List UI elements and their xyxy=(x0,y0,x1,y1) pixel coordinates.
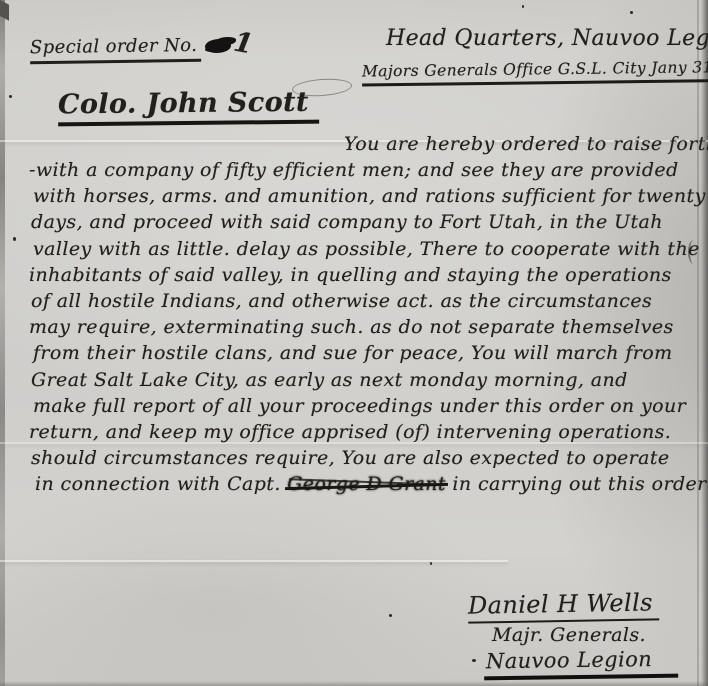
ink-speck xyxy=(522,5,524,8)
body-line: valley with as little. delay as possible… xyxy=(29,238,699,264)
ink-speck xyxy=(630,11,633,14)
body-line: return, and keep my office apprised (of)… xyxy=(29,421,699,447)
body-line: with horses, arms. and amunition, and ra… xyxy=(29,185,699,211)
ink-speck xyxy=(389,614,392,617)
body-line: may require, exterminating such. as do n… xyxy=(29,316,699,342)
ink-blot xyxy=(205,39,231,53)
order-number-line: Special order No.1 xyxy=(30,28,253,63)
letterhead-line1: Head Quarters, Nauvoo Legion xyxy=(386,26,708,51)
body-line: should circumstances require, You are al… xyxy=(29,447,699,473)
body-line: inhabitants of said valley, in quelling … xyxy=(29,264,699,290)
body-line: from their hostile clans, and sue for pe… xyxy=(29,342,699,368)
body-closing-line: in connection with Capt. George D Grant … xyxy=(29,473,699,499)
ink-speck xyxy=(13,237,16,241)
order-number: 1 xyxy=(232,27,256,61)
closing-prefix: in connection with Capt. xyxy=(35,473,281,495)
scan-edge-right xyxy=(701,0,708,686)
signature-title: Majr. Generals. xyxy=(492,624,646,646)
signature-name: Daniel H Wells xyxy=(468,588,659,623)
ink-speck xyxy=(430,562,432,565)
signature-unit-line: Nauvoo Legion xyxy=(484,648,678,679)
scanned-letter-page: Special order No.1 Head Quarters, Nauvoo… xyxy=(0,0,708,686)
addressee-line: Colo. John Scott xyxy=(58,88,319,125)
body-line: of all hostile Indians, and otherwise ac… xyxy=(29,290,699,316)
body-text: -with a company of fifty efficient men; … xyxy=(29,159,699,499)
body-line: -with a company of fifty efficient men; … xyxy=(29,159,699,185)
ink-speck xyxy=(472,659,476,662)
closing-suffix: in carrying out this order xyxy=(452,473,706,495)
body-line: make full report of all your proceedings… xyxy=(29,395,699,421)
signature-name-line: Daniel H Wells xyxy=(468,590,659,622)
body-opening-line: You are hereby ordered to raise forth xyxy=(344,133,708,155)
scan-edge-left xyxy=(0,0,5,686)
ink-speck xyxy=(9,95,12,98)
addressee-name: Colo. John Scott xyxy=(58,87,319,127)
body-line: days, and proceed with said company to F… xyxy=(29,211,699,237)
order-label: Special order No. xyxy=(30,35,202,64)
scan-edge-bottom xyxy=(0,681,708,686)
signature-unit: Nauvoo Legion xyxy=(484,647,679,681)
letterhead-line2: Majors Generals Office G.S.L. City Jany … xyxy=(362,60,708,84)
body-line: Great Salt Lake City, as early as next m… xyxy=(29,369,699,395)
struck-out-name: George D Grant xyxy=(287,473,446,495)
letterhead-line2-text: Majors Generals Office G.S.L. City Jany … xyxy=(362,57,708,86)
